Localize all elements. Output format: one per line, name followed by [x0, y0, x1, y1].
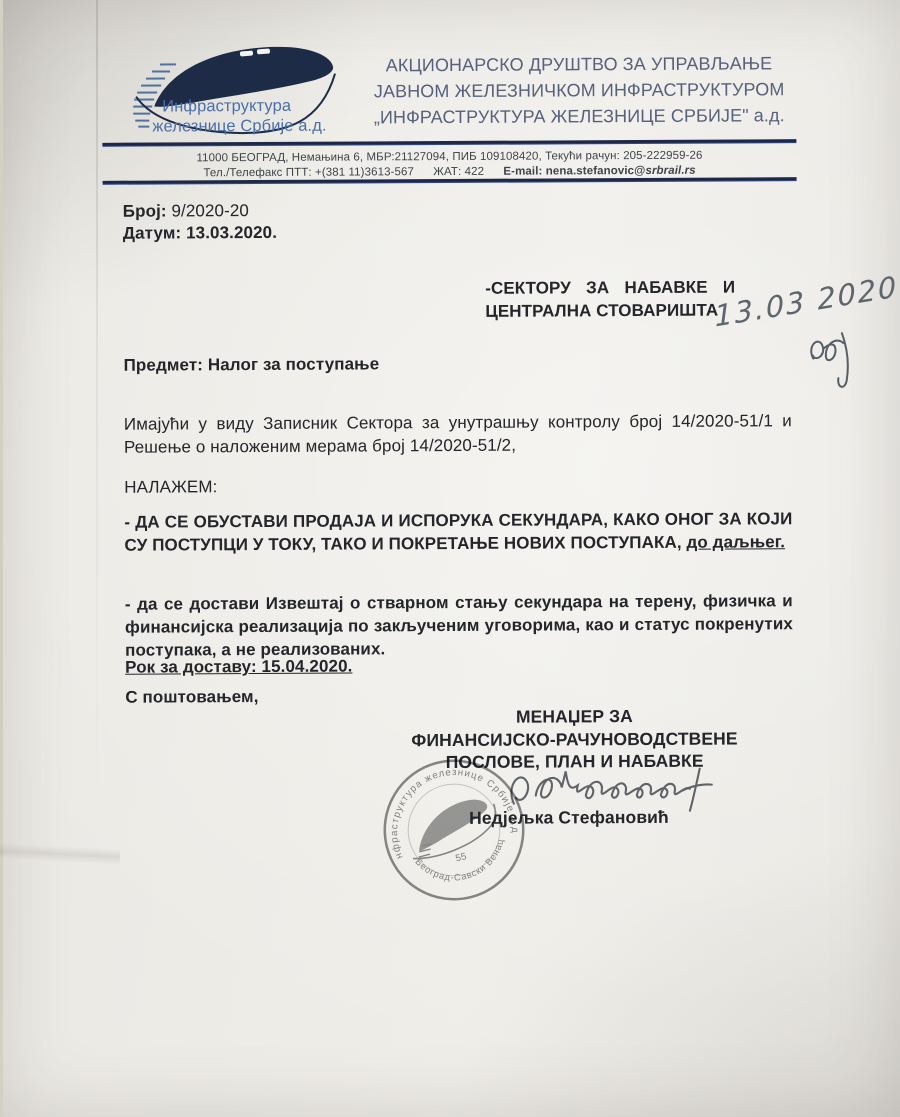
order-heading: НАЛАЖЕМ:: [124, 475, 217, 498]
phone-line: Тел./Телефакс ПТТ: +(381 11)3613-567: [203, 166, 414, 179]
company-name-block: АКЦИОНАРСКО ДРУШТВО ЗА УПРАВЉАЊЕ ЈАВНОМ …: [358, 50, 800, 130]
addressee-block: -СЕКТОРУ ЗА НАБАВКЕ И ЦЕНТРАЛНА СТОВАРИШ…: [485, 276, 735, 323]
stamp-number: 55: [454, 851, 468, 865]
email-label: E-mail:: [503, 166, 542, 178]
subject-label: Предмет:: [124, 355, 204, 374]
company-line1: АКЦИОНАРСКО ДРУШТВО ЗА УПРАВЉАЊЕ: [358, 50, 800, 78]
signatory-title-line1: МЕНАЏЕР ЗА: [368, 704, 780, 729]
document-date-line: Датум: 13.03.2020.: [123, 222, 277, 245]
date-value: 13.03.2020.: [186, 223, 277, 242]
document-number-line: Број: 9/2020-20: [123, 200, 277, 223]
email-user: nena.stefanovic@: [546, 165, 646, 178]
addressee-line1: -СЕКТОРУ ЗА НАБАВКЕ И: [485, 276, 735, 300]
signatory-name: Недјељка Стефановић: [369, 806, 769, 829]
railway-logo: Инфраструктура железнице Србије а.д.: [124, 34, 345, 145]
closing-line: С поштовањем,: [125, 685, 258, 709]
handwritten-date: 13.03 2020: [714, 269, 900, 334]
date-label: Датум:: [123, 223, 181, 242]
train-swoosh-icon: Инфраструктура железнице Србије а.д.: [124, 34, 345, 145]
logo-text-line2: железнице Србије а.д.: [152, 117, 326, 136]
order-item-1: - ДА СЕ ОБУСТАВИ ПРОДАЈА И ИСПОРУКА СЕКУ…: [124, 507, 792, 556]
addressee-line2: ЦЕНТРАЛНА СТОВАРИШТА: [485, 299, 735, 323]
zat-line: ЖАТ: 422: [433, 166, 484, 178]
company-line2: ЈАВНОМ ЖЕЛЕЗНИЧКОМ ИНФРАСТРУКТУРОМ: [358, 76, 800, 104]
intro-paragraph: Имајући у виду Записник Сектора за унутр…: [124, 409, 792, 458]
subject-line: Предмет: Налог за поступање: [124, 352, 380, 376]
signatory-title-line2: ФИНАНСИЈСКО-РАЧУНОВОДСТВЕНЕ: [368, 727, 780, 752]
document-meta: Број: 9/2020-20 Датум: 13.03.2020.: [123, 200, 277, 245]
order-item-1-underlined: до даљњег.: [686, 532, 785, 552]
order-item-2: - да се достави Извештај о стварном стањ…: [125, 589, 793, 661]
number-value: 9/2020-20: [171, 201, 249, 220]
email-domain: srbrail.rs: [645, 165, 695, 177]
letter-page: Инфраструктура железнице Србије а.д. АКЦ…: [0, 0, 900, 1117]
deadline-line: Рок за доставу: 15.04.2020.: [125, 655, 352, 679]
company-line3: „ИНФРАСТРУКТУРА ЖЕЛЕЗНИЦЕ СРБИЈЕ" а.д.: [358, 102, 800, 130]
subject-text: Налог за поступање: [208, 354, 379, 374]
number-label: Број:: [123, 201, 167, 220]
logo-text-line1: Инфраструктура: [162, 97, 292, 116]
handwritten-initials: [805, 328, 885, 403]
